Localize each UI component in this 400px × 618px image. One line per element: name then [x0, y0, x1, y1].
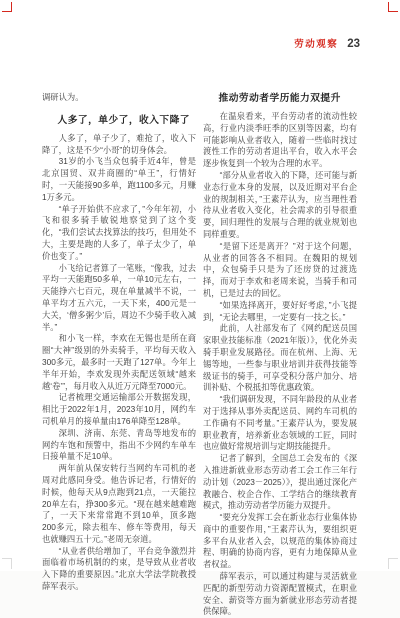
- paragraph: 人多了，单子少了，难抢了，收入下降了，这是不少“小哥”的切身体会。: [42, 133, 196, 157]
- paragraph: 深圳、济南、东莞、青岛等地发布的网约车饱和预警中，指出不少网约车单车日接单量不足…: [42, 428, 196, 463]
- right-column: 推动劳动者学历能力双提升 在温泉看来，平台劳动者的流动性较高，行业内淡季旺季的区…: [203, 92, 357, 571]
- paragraph: “单子开始供不应求了，”今年年初，小飞和很多骑手敏锐地察觉到了这个变化，“我们尝…: [42, 204, 196, 263]
- crop-mark-icon: [388, 11, 398, 12]
- section-heading: 人多了，单少了，收入下降了: [42, 115, 196, 127]
- paragraph: 和小飞一样，李欢在无锡也是所在商圈“大神”级别的外卖骑手，平均每天收入300多元…: [42, 333, 196, 392]
- lead-in-paragraph: 调研认为。: [42, 92, 196, 104]
- paragraph: “要充分发挥工会在新业态行业集体协商中的重要作用，”王素芹认为，要组织更多平台从…: [203, 512, 357, 571]
- crop-mark-icon: [2, 558, 12, 559]
- paragraph: 31岁的小飞当众包骑手近4年，曾是北京国贸、双井商圈的“单王”，行情好时，一天能…: [42, 156, 196, 203]
- crop-mark-icon: [2, 11, 12, 12]
- paragraph: “部分从业者收入的下降，还可能与新业态行业本身的发展，以及近期对平台企业的规制相…: [203, 170, 357, 241]
- crop-mark-icon: [11, 559, 12, 569]
- crop-mark-icon: [388, 558, 398, 559]
- paragraph: 小飞给记者算了一笔账，“像我，过去平均一天能跑50多单，一单10元左右，一天能挣…: [42, 263, 196, 334]
- article-body: 调研认为。 人多了，单少了，收入下降了 人多了，单子少了，难抢了，收入下降了，这…: [42, 92, 357, 571]
- page-header: 劳动观察 23: [294, 36, 360, 50]
- crop-mark-icon: [388, 559, 389, 569]
- paragraph: 记者了解到，全国总工会发布的《深入推进新就业形态劳动者工会工作三年行动计划（20…: [203, 453, 357, 512]
- paragraph: 记者梳理交通运输部公开数据发现，相比于2022年1月，2023年10月，网约车司…: [42, 392, 196, 427]
- magazine-page: 劳动观察 23 调研认为。 人多了，单少了，收入下降了 人多了，单子少了，难抢了…: [0, 0, 400, 571]
- paragraph: 两年前从保安转行当网约车司机的老周对此感同身受。他告诉记者，行情好的时候，他每天…: [42, 463, 196, 546]
- section-label: 劳动观察: [294, 36, 338, 50]
- paragraph: “是留下还是离开？”对于这个问题，从业者的回答各不相同。在魏阳的规划中，众包骑手…: [203, 241, 357, 300]
- page-number: 23: [347, 38, 360, 50]
- paragraph: “我们调研发现，不同年龄段的从业者对于选择从事外卖配送员、网约车司机的工作确有不…: [203, 394, 357, 453]
- paragraph: “从业者供给增加了，平台竞争激烈并面临着市场机制的约束，是导致从业者收入下降的重…: [42, 546, 196, 571]
- section-heading: 推动劳动者学历能力双提升: [203, 93, 357, 105]
- paragraph: 此前，人社部发布了《网约配送员国家职业技能标准（2021年版）》，优化外卖骑手职…: [203, 323, 357, 394]
- paragraph: “如果选择离开，要好好考虑，”小飞提到，“无论去哪里，一定要有一技之长。”: [203, 300, 357, 324]
- left-column: 调研认为。 人多了，单少了，收入下降了 人多了，单子少了，难抢了，收入下降了，这…: [42, 92, 196, 571]
- paragraph: 在温泉看来，平台劳动者的流动性较高，行业内淡季旺季的区别等因素，均有可能影响从业…: [203, 111, 357, 170]
